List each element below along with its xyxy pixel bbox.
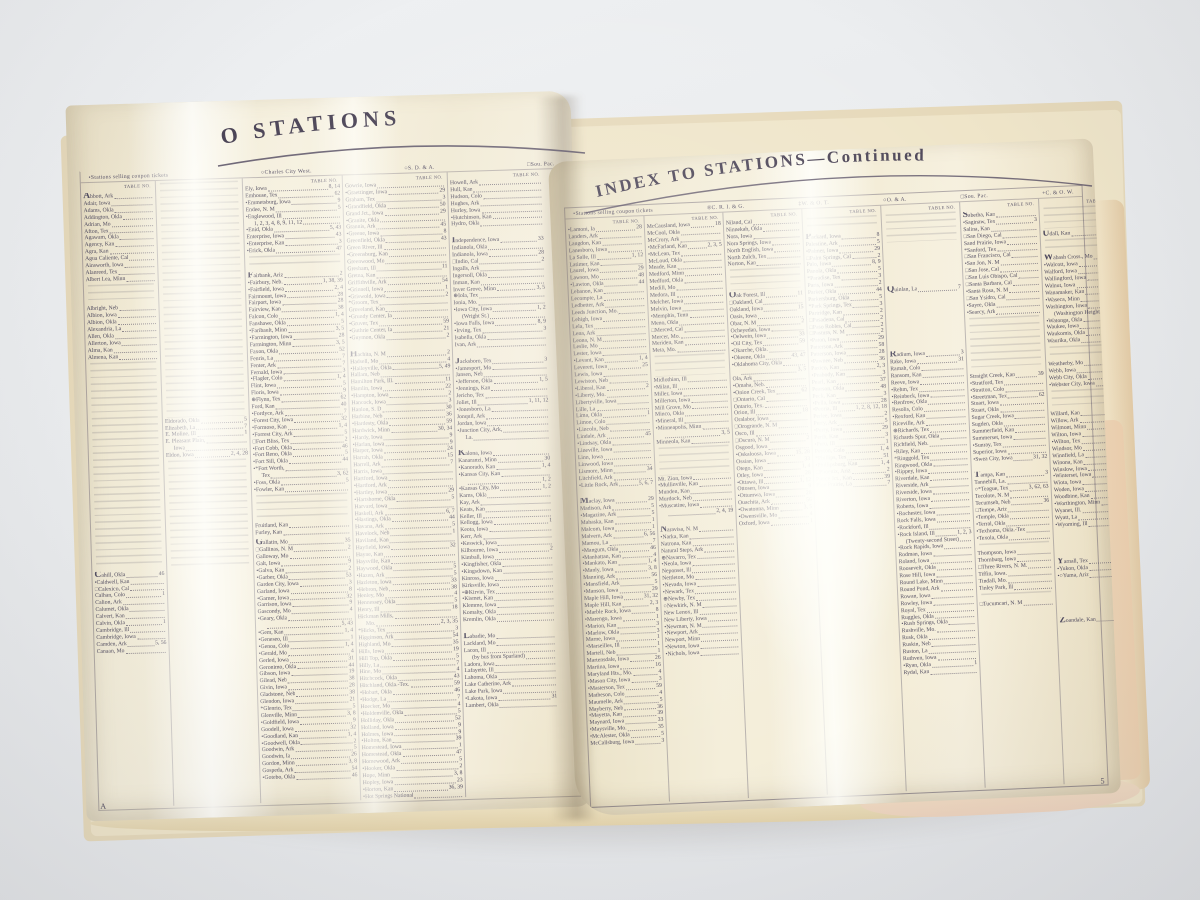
table-number: 46 — [352, 772, 358, 779]
illegible-text-block — [168, 458, 249, 571]
station-name: •Gotebo, Okla — [262, 774, 295, 782]
station-name: Kremlin, Okla — [463, 616, 496, 624]
dot-leader — [930, 672, 976, 675]
station-name: Meta, Mo. — [652, 347, 676, 355]
station-name: Ivan, Ark — [455, 341, 477, 349]
station-column: TABLE NO.Ely, Iowa8, 14Emhouse, Tex62•Em… — [242, 175, 360, 803]
legend-item: ○S. D. & A. — [404, 165, 434, 172]
table-number: 1, 12 — [632, 252, 644, 259]
dot-leader — [296, 777, 351, 780]
table-number: 3, 5 — [536, 284, 545, 291]
table-number: 7 — [887, 480, 890, 487]
station-entry: Furley, Kan — [255, 528, 350, 538]
table-number: 2 — [806, 435, 809, 442]
table-number: 5, 6 — [455, 798, 464, 800]
dot-leader — [195, 456, 230, 458]
station-name: Quinlan, La — [887, 285, 918, 294]
station-name: •Guymon, Okla — [349, 334, 385, 342]
station-column: TABLE NO.Gowrie, Iowa•Graettinger, Iowa2… — [342, 172, 465, 800]
table-number: 5 — [451, 494, 454, 501]
station-name: Furley, Kan — [255, 530, 282, 538]
page-number: 5 — [1100, 777, 1104, 786]
table-number: 1 — [974, 660, 977, 667]
station-name: •Fowler, Kan — [254, 486, 284, 494]
station-name: Udall, Kan — [1042, 229, 1070, 238]
table-number: 18 — [802, 408, 808, 415]
station-entry: Canaan, Mo — [97, 647, 167, 656]
table-number: 7 — [958, 284, 961, 291]
table-number: 2 — [550, 545, 553, 552]
table-number: 1, 2, 8, 12, 18 — [856, 404, 888, 412]
station-entry: Lambert, Okla — [465, 700, 557, 710]
station-name: Pine Prairie, La — [816, 482, 852, 490]
table-number: 31 — [551, 693, 557, 700]
table-number: 15 — [798, 304, 804, 311]
table-number: 1 — [162, 591, 165, 598]
station-name: Oxford, Iowa — [739, 520, 770, 528]
illegible-text-block — [249, 254, 340, 270]
station-name: •Searcy, Ark — [967, 309, 996, 317]
station-name: •Wyoming, Ill — [1055, 521, 1088, 529]
column-gap — [885, 240, 961, 285]
table-number: 43, 47 — [791, 352, 806, 360]
station-name: E. Pleasant Plain, — [165, 438, 205, 446]
station-name: 1, 2, 3, 4, 8, 9, 11, 12 — [254, 219, 302, 227]
table-number: 1, 4 — [542, 463, 551, 470]
table-number: 46 — [159, 571, 165, 578]
dot-leader — [771, 523, 810, 526]
table-number: 18 — [452, 605, 458, 612]
station-name: •Texola, Okla — [977, 534, 1009, 542]
table-number: 3 — [544, 356, 547, 363]
station-name: Norton, Kan — [727, 261, 756, 269]
dot-leader — [126, 652, 166, 654]
table-no-header: TABLE NO. — [83, 182, 153, 191]
table-number: 18 — [715, 221, 721, 228]
table-number: 3, 5 — [798, 366, 807, 373]
table-number: 1, 5 — [539, 377, 548, 384]
legend-item: ®C. R. I. & G. — [707, 204, 745, 212]
table-number: 5 — [338, 204, 341, 211]
illegible-text-block — [160, 181, 245, 418]
table-number: 5, 56 — [155, 640, 167, 647]
table-number: 34 — [647, 466, 653, 473]
table-number: 1 — [244, 430, 247, 437]
table-number: 3 — [543, 325, 546, 332]
illegible-text-block — [88, 283, 155, 306]
station-name: □Tucumcari, N. M — [980, 600, 1023, 609]
illegible-text-block — [807, 215, 878, 232]
dot-leader — [283, 533, 349, 536]
table-number: 59 — [799, 339, 805, 346]
table-number: 3 — [1045, 470, 1048, 477]
illegible-text-block — [90, 361, 162, 570]
dot-leader — [1023, 603, 1052, 605]
station-name: •Geary, Okla — [258, 616, 288, 624]
station-name: Zoandale, Kan — [1059, 615, 1096, 624]
table-number: 36, 39 — [449, 784, 463, 791]
station-name: La. — [465, 434, 473, 441]
illegible-text-block — [886, 211, 957, 242]
legend-item: □Sou. Pac. — [527, 161, 555, 168]
station-name: •Junction City, Ark, — [457, 427, 502, 435]
right-page-columns: TABLE NO.•Lamoni, Ia28Landers, ArkLangdo… — [565, 197, 1107, 805]
dot-leader — [500, 705, 557, 708]
table-number: 1 — [452, 529, 455, 536]
table-number: 2, 4, 19 — [716, 508, 733, 516]
table-number: 28 — [636, 224, 642, 231]
table-number: 4 — [350, 607, 353, 614]
table-number: 5, 6, 7 — [639, 479, 654, 487]
station-column: TABLE NO.Howell, ArkHull, KanHudson, Col… — [447, 169, 562, 797]
station-entry: Zoandale, Kan4 — [1059, 614, 1121, 625]
table-number: 2, 4, 28 — [231, 451, 248, 458]
table-number: 11 — [797, 290, 803, 297]
table-number: 11 — [442, 263, 448, 270]
table-number: 43 — [441, 236, 447, 243]
legend-item: ○O. & A. — [883, 197, 907, 204]
station-name: Eldon, Iowa — [166, 452, 194, 460]
left-page-columns: TABLE NO.Abbott, ArkAdair, IowaAdams, Ok… — [81, 169, 581, 808]
table-number: 2 — [348, 545, 351, 552]
table-number: 62 — [801, 387, 807, 394]
dot-leader — [853, 485, 887, 487]
station-entry: •Gotebo, Okla46 — [262, 772, 357, 782]
table-number: 2 — [541, 256, 544, 263]
table-number: 2 — [445, 291, 448, 298]
illegible-text-block — [730, 267, 801, 291]
legend-item: ‡W. & O. T. — [798, 200, 829, 207]
table-number: 1 — [549, 518, 552, 525]
table-number: 2 — [801, 318, 804, 325]
table-number: 31, 32 — [1033, 453, 1048, 461]
table-number: 3 — [661, 738, 664, 745]
table-number: 31 — [958, 356, 964, 363]
left-page-content: •Stations selling coupon tickets○Charles… — [79, 157, 581, 811]
table-number: 3, 5 — [721, 430, 730, 437]
right-page: •Stations selling coupon tickets®C. R. I… — [548, 138, 1121, 816]
table-number: 1, 2 — [537, 305, 546, 312]
table-number: 1 — [163, 619, 166, 626]
station-name: •Nichols, Iowa — [665, 650, 699, 658]
table-number: 1, 2, 3 — [957, 529, 972, 537]
legend-item: +C. & O. W. — [1042, 189, 1074, 196]
station-name: Hydro, Okla — [451, 221, 480, 229]
table-number: 62 — [1039, 391, 1045, 398]
table-number: 44 — [638, 279, 644, 286]
dot-leader — [119, 358, 157, 360]
station-name: Almena, Kan — [88, 354, 119, 362]
table-number: 5 — [346, 477, 349, 484]
station-name: Hickman Mills, — [358, 613, 394, 621]
table-number: 2 — [646, 383, 649, 390]
illegible-text-block — [969, 315, 1041, 373]
table-number: 7 — [450, 460, 453, 467]
dot-leader — [635, 743, 660, 745]
table-number: 3, 62, 63 — [1029, 484, 1049, 492]
station-name: Rydal, Kan — [903, 669, 929, 677]
illegible-text-block — [256, 492, 348, 522]
table-number: 3 — [1034, 217, 1037, 224]
table-number: 2, 3, 5 — [707, 241, 722, 249]
table-number: 33 — [538, 236, 544, 243]
table-number: 32 — [450, 542, 456, 549]
left-page: •Stations selling coupon tickets○Charles… — [65, 91, 591, 822]
dot-leader — [126, 280, 154, 282]
station-name: •○Yuma, Ariz — [1057, 572, 1089, 580]
table-number: 44 — [342, 457, 348, 464]
photo-backdrop: •Stations selling coupon tickets○Charles… — [0, 0, 1200, 900]
table-number: 1, 11, 12 — [529, 398, 549, 405]
table-number: 25 — [642, 362, 648, 369]
illegible-text-block — [655, 353, 726, 377]
table-number: 5, 49 — [439, 363, 451, 370]
station-name: Lambert, Okla — [465, 702, 498, 710]
column-gap — [887, 291, 963, 349]
table-number: 2 — [447, 332, 450, 339]
legend-item: ○Charles City West. — [261, 168, 312, 176]
table-number: 1, 2 — [542, 483, 551, 490]
column-gap — [1058, 577, 1121, 615]
table-number: 45 — [645, 431, 651, 438]
table-number: 1 — [647, 410, 650, 417]
station-name: •Erick, Okla — [247, 248, 275, 256]
legend-item: •Stations selling coupon tickets — [89, 173, 169, 181]
station-name: Albert Lea, Minn — [86, 276, 126, 284]
illegible-text-block — [659, 445, 730, 476]
station-name: McCallsburg, Iowa — [590, 739, 634, 748]
table-number: 29 — [440, 208, 446, 215]
right-page-content: •Stations selling coupon tickets®C. R. I… — [564, 185, 1109, 808]
dot-leader — [701, 653, 739, 656]
table-number: 47 — [336, 246, 342, 253]
station-name: Canaan, Mo — [97, 648, 125, 656]
table-number: 36 — [1043, 498, 1049, 505]
table-number: 1 — [810, 518, 813, 525]
table-number: 39 — [1038, 371, 1044, 378]
legend-item: □Sou. Pac. — [961, 193, 989, 200]
station-name: •Kansas City, Kan — [459, 471, 501, 479]
left-page-signature-mark: A — [100, 802, 106, 811]
